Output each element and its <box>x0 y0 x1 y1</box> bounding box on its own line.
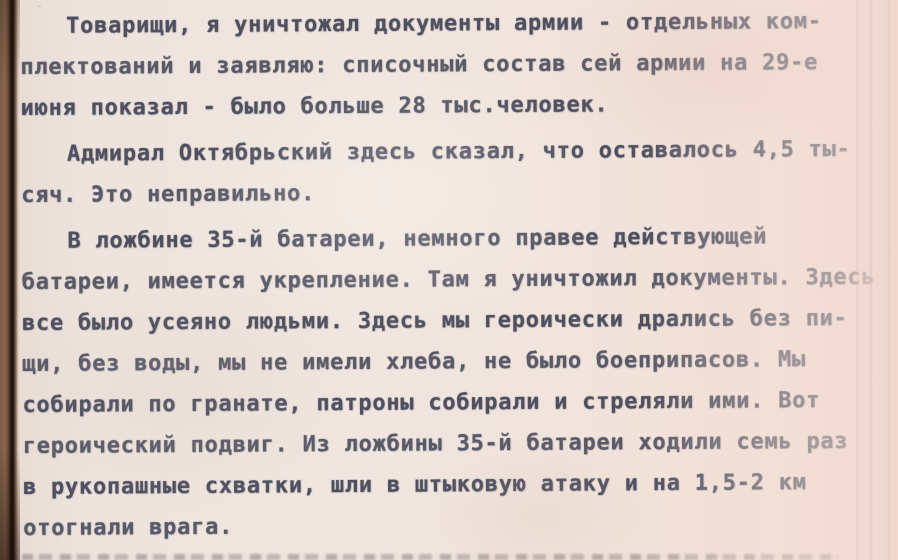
text-line: Адмирал Октябрьский здесь сказал, что ос… <box>21 129 898 175</box>
text-line: в рукопашные схватки, шли в штыковую ата… <box>23 462 898 508</box>
paragraph: Товарищи, я уничтожал документы армии - … <box>20 1 898 129</box>
text-line: щи, без воды, мы не имели хлеба, не было… <box>22 339 898 385</box>
text-line: плектований и заявляю: списочный состав … <box>20 42 898 88</box>
text-line: все было усеяно людьми. Здесь мы героиче… <box>22 298 898 344</box>
typewritten-text-block: ц. - Товарищи, я уничтожал документы арм… <box>20 1 898 560</box>
text-line: В ложбине 35-й батареи, немного правее д… <box>21 216 898 262</box>
scanned-document-page: ц. - Товарищи, я уничтожал документы арм… <box>0 0 898 560</box>
text-fragment: ц. - <box>28 6 84 15</box>
text-line: батареи, имеется укрепление. Там я уничт… <box>22 257 898 303</box>
text-line: Товарищи, я уничтожал документы армии - … <box>20 1 898 47</box>
paragraph: В ложбине 35-й батареи, немного правее д… <box>21 216 898 549</box>
text-line: отогнали врага. <box>23 503 898 549</box>
text-line: сяч. Это неправильно. <box>21 170 898 216</box>
text-line: собирали по гранате, патроны собирали и … <box>22 380 898 426</box>
page-edge-band <box>840 0 898 560</box>
page-crease-line <box>888 0 890 560</box>
text-line: героический подвиг. Из ложбины 35-й бата… <box>23 421 898 467</box>
text-line: июня показал - было больше 28 тыс.челове… <box>21 83 898 129</box>
page-crease-line <box>856 0 858 560</box>
next-line-cut-fragment <box>22 554 838 560</box>
book-binding-edge <box>0 0 20 560</box>
paragraph: Адмирал Октябрьский здесь сказал, что ос… <box>21 129 898 216</box>
previous-line-cut-fragment: ц. - <box>28 6 84 15</box>
page-crease-line <box>870 0 872 560</box>
